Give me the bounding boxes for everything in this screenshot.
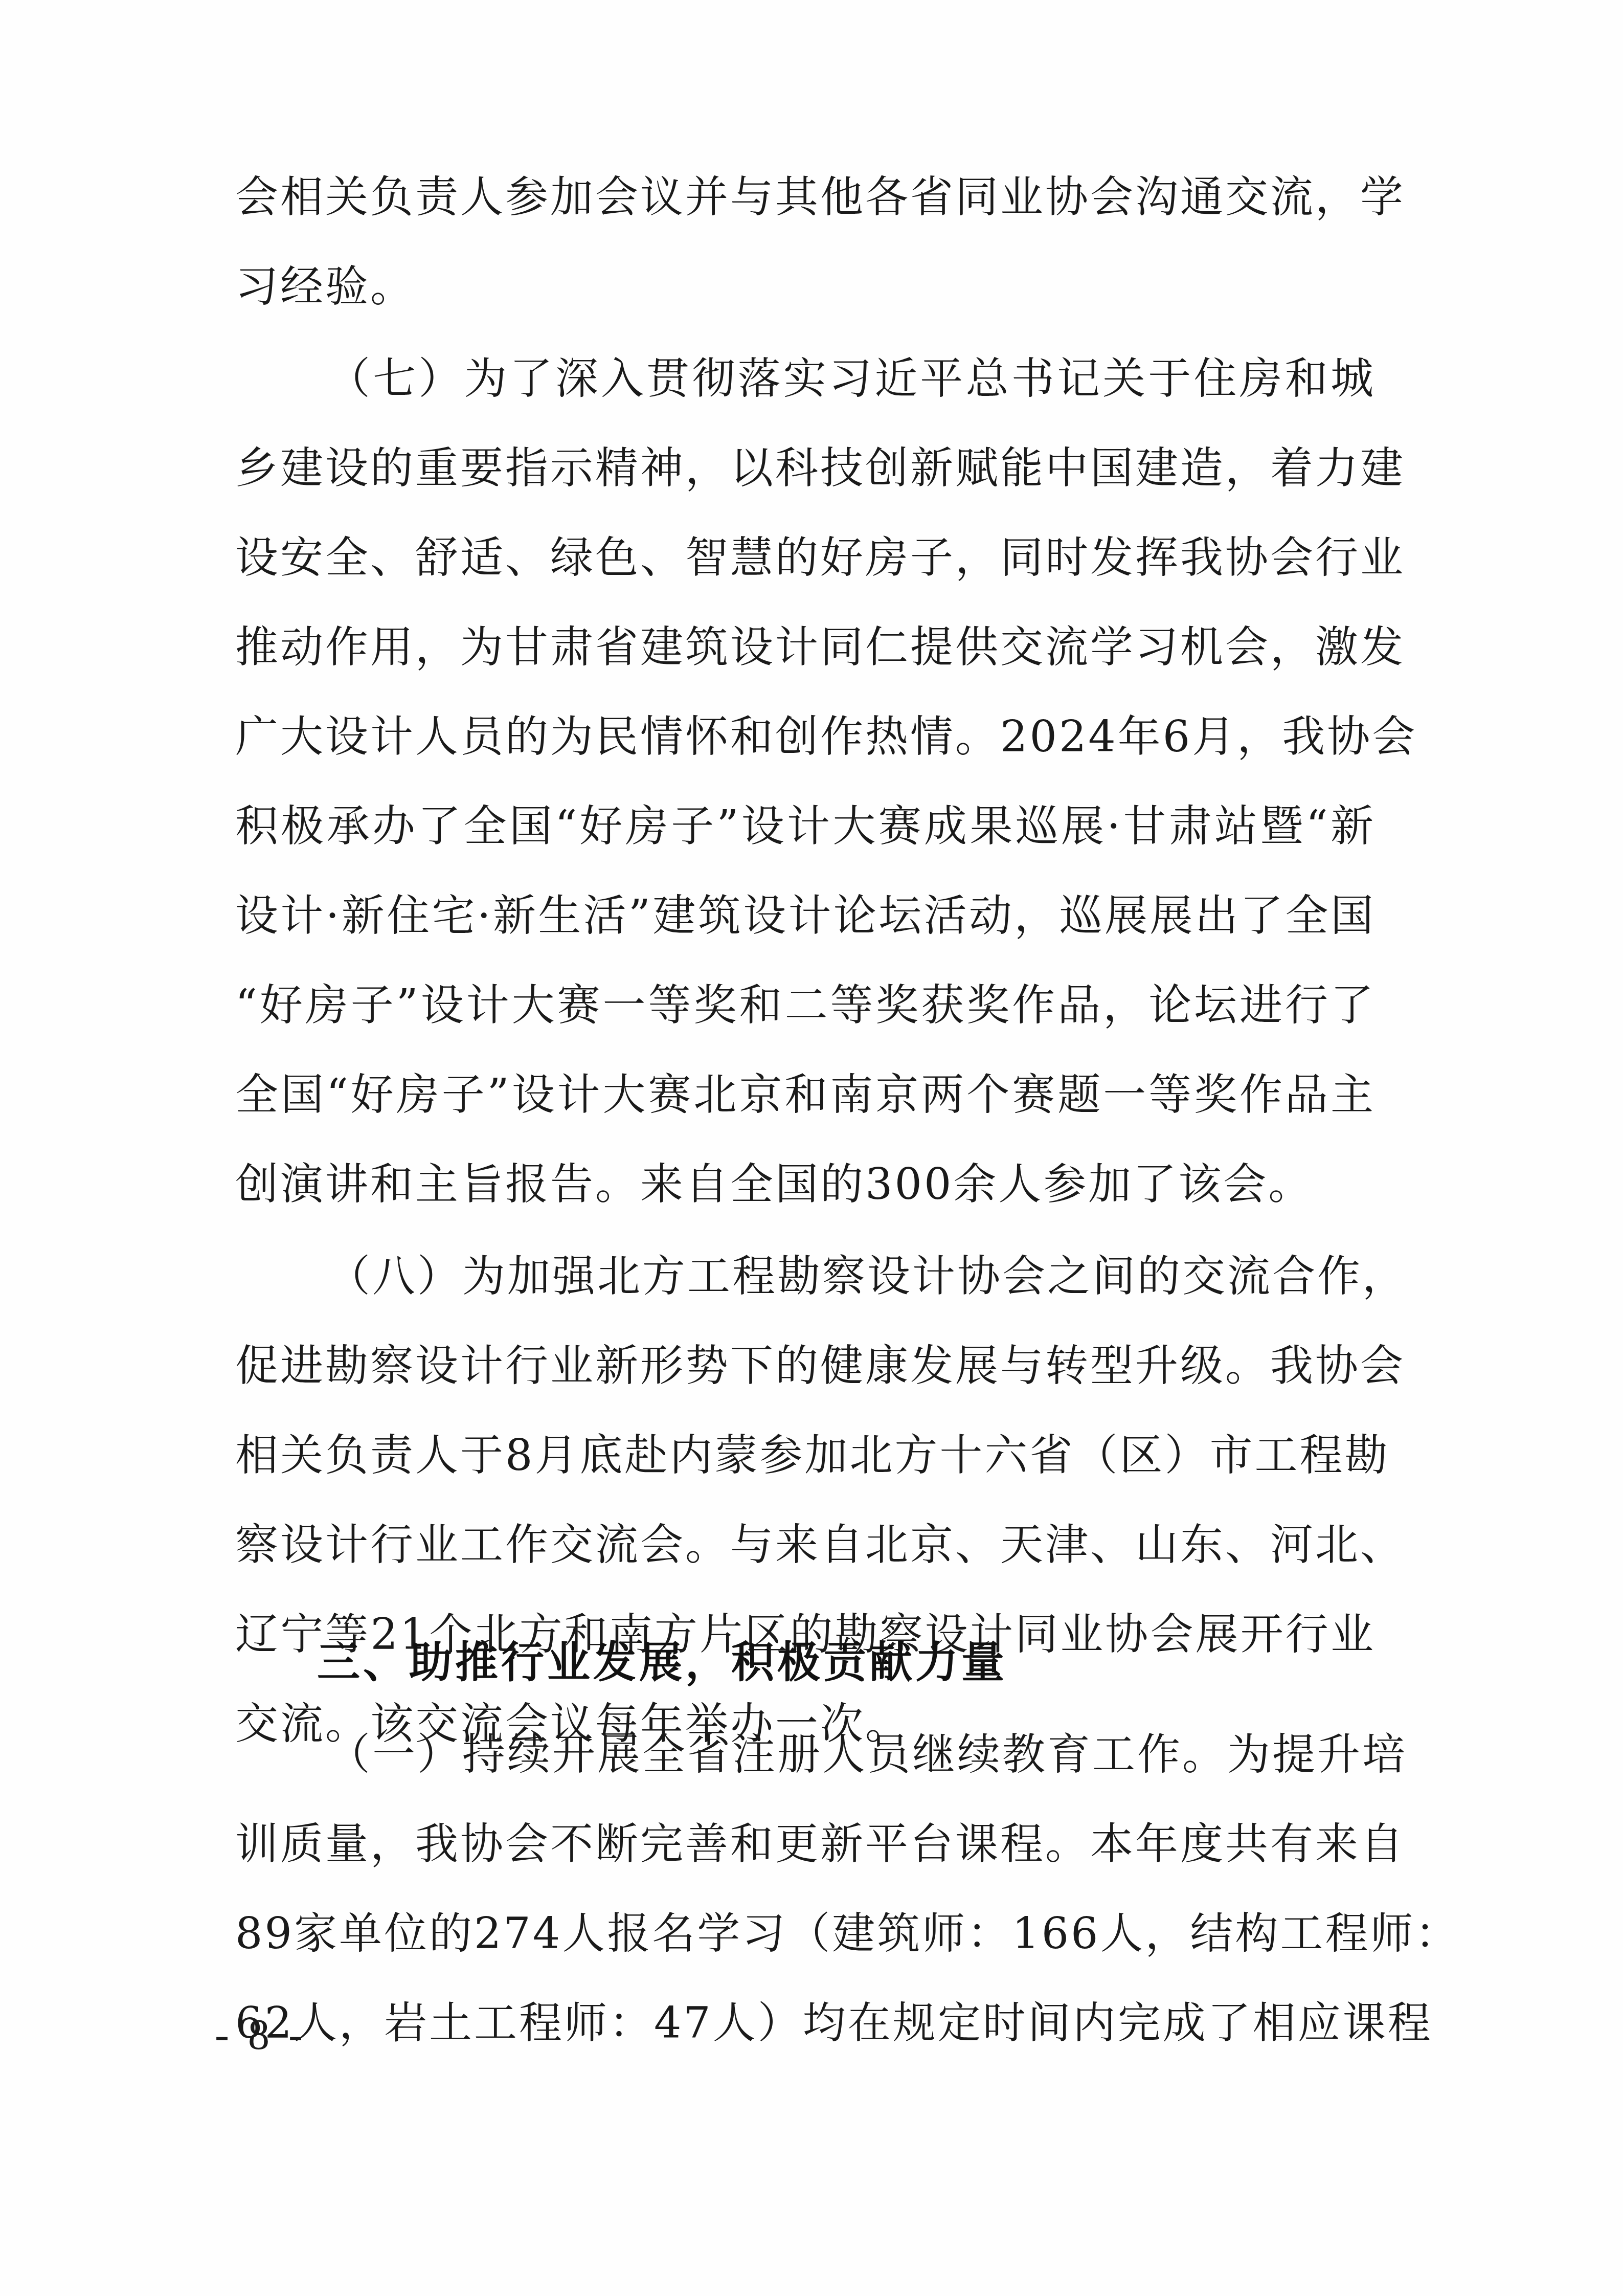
- paragraph-line: 相关负责人于8月底赴内蒙参加北方十六省（区）市工程勘: [235, 1430, 1376, 1481]
- section-heading: 三、助推行业发展，积极贡献力量: [317, 1637, 1007, 1688]
- paragraph-line: （七）为了深入贯彻落实习近平总书记关于住房和城: [327, 353, 1376, 404]
- paragraph-line: 创演讲和主旨报告。来自全国的300余人参加了该会。: [235, 1158, 1376, 1210]
- paragraph-line: 乡建设的重要指示精神，以科技创新赋能中国建造，着力建: [235, 442, 1376, 494]
- paragraph-line: 推动作用，为甘肃省建筑设计同仁提供交流学习机会，激发: [235, 621, 1376, 673]
- paragraph-line: 广大设计人员的为民情怀和创作热情。2024年6月，我协会: [235, 711, 1376, 762]
- paragraph-line: （一）持续开展全省注册人员继续教育工作。为提升培: [327, 1729, 1376, 1780]
- page-number: - 8 -: [215, 2010, 307, 2060]
- paragraph-line: 全国“好房子”设计大赛北京和南京两个赛题一等奖作品主: [235, 1069, 1376, 1120]
- paragraph-line: 62人，岩土工程师：47人）均在规定时间内完成了相应课程: [235, 1997, 1376, 2048]
- paragraph-line: 会相关负责人参加会议并与其他各省同业协会沟通交流，学: [235, 171, 1376, 222]
- paragraph-line: 促进勘察设计行业新形势下的健康发展与转型升级。我协会: [235, 1340, 1376, 1391]
- document-page: 会相关负责人参加会议并与其他各省同业协会沟通交流，学 习经验。 （七）为了深入贯…: [0, 0, 1623, 2296]
- paragraph-line: 设安全、舒适、绿色、智慧的好房子，同时发挥我协会行业: [235, 532, 1376, 583]
- paragraph-line: 训质量，我协会不断完善和更新平台课程。本年度共有来自: [235, 1818, 1376, 1869]
- paragraph-line: 89家单位的274人报名学习（建筑师：166人，结构工程师：: [235, 1908, 1376, 1959]
- paragraph-line: 习经验。: [235, 261, 1376, 312]
- paragraph-line: 察设计行业工作交流会。与来自北京、天津、山东、河北、: [235, 1519, 1376, 1570]
- paragraph-line: “好房子”设计大赛一等奖和二等奖获奖作品，论坛进行了: [235, 979, 1376, 1031]
- paragraph-line: 设计·新住宅·新生活”建筑设计论坛活动，巡展展出了全国: [235, 890, 1376, 941]
- paragraph-line: （八）为加强北方工程勘察设计协会之间的交流合作，: [327, 1251, 1376, 1302]
- paragraph-line: 积极承办了全国“好房子”设计大赛成果巡展·甘肃站暨“新: [235, 800, 1376, 852]
